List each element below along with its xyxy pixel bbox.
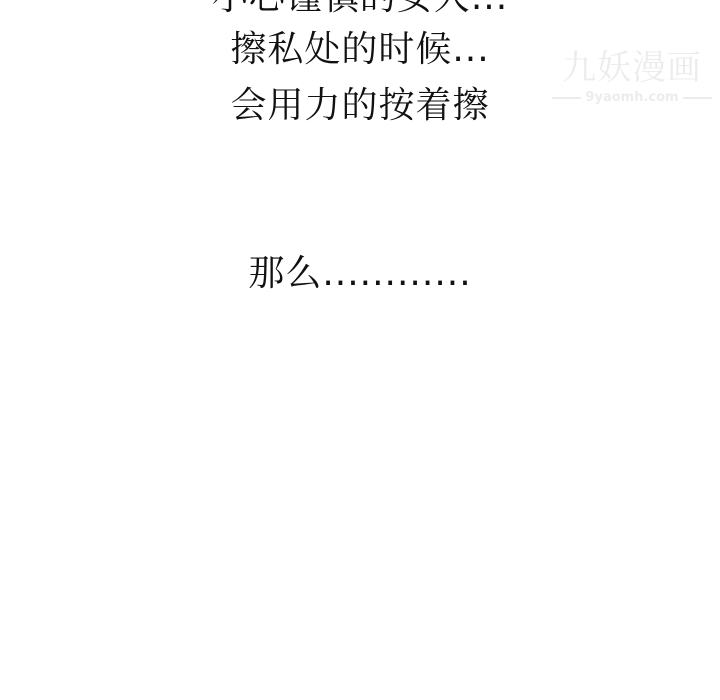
watermark-rule-right [683, 97, 712, 99]
watermark-site-row: 9yaomh.com [552, 90, 712, 105]
watermark: 九妖漫画 9yaomh.com [552, 48, 712, 105]
dialogue-line-4: 那么............ [0, 254, 720, 294]
dialogue-line-1: 小心谨慎的女人... [0, 0, 720, 18]
watermark-site: 9yaomh.com [585, 90, 678, 105]
watermark-title: 九妖漫画 [552, 48, 712, 88]
watermark-rule-left [552, 97, 581, 99]
